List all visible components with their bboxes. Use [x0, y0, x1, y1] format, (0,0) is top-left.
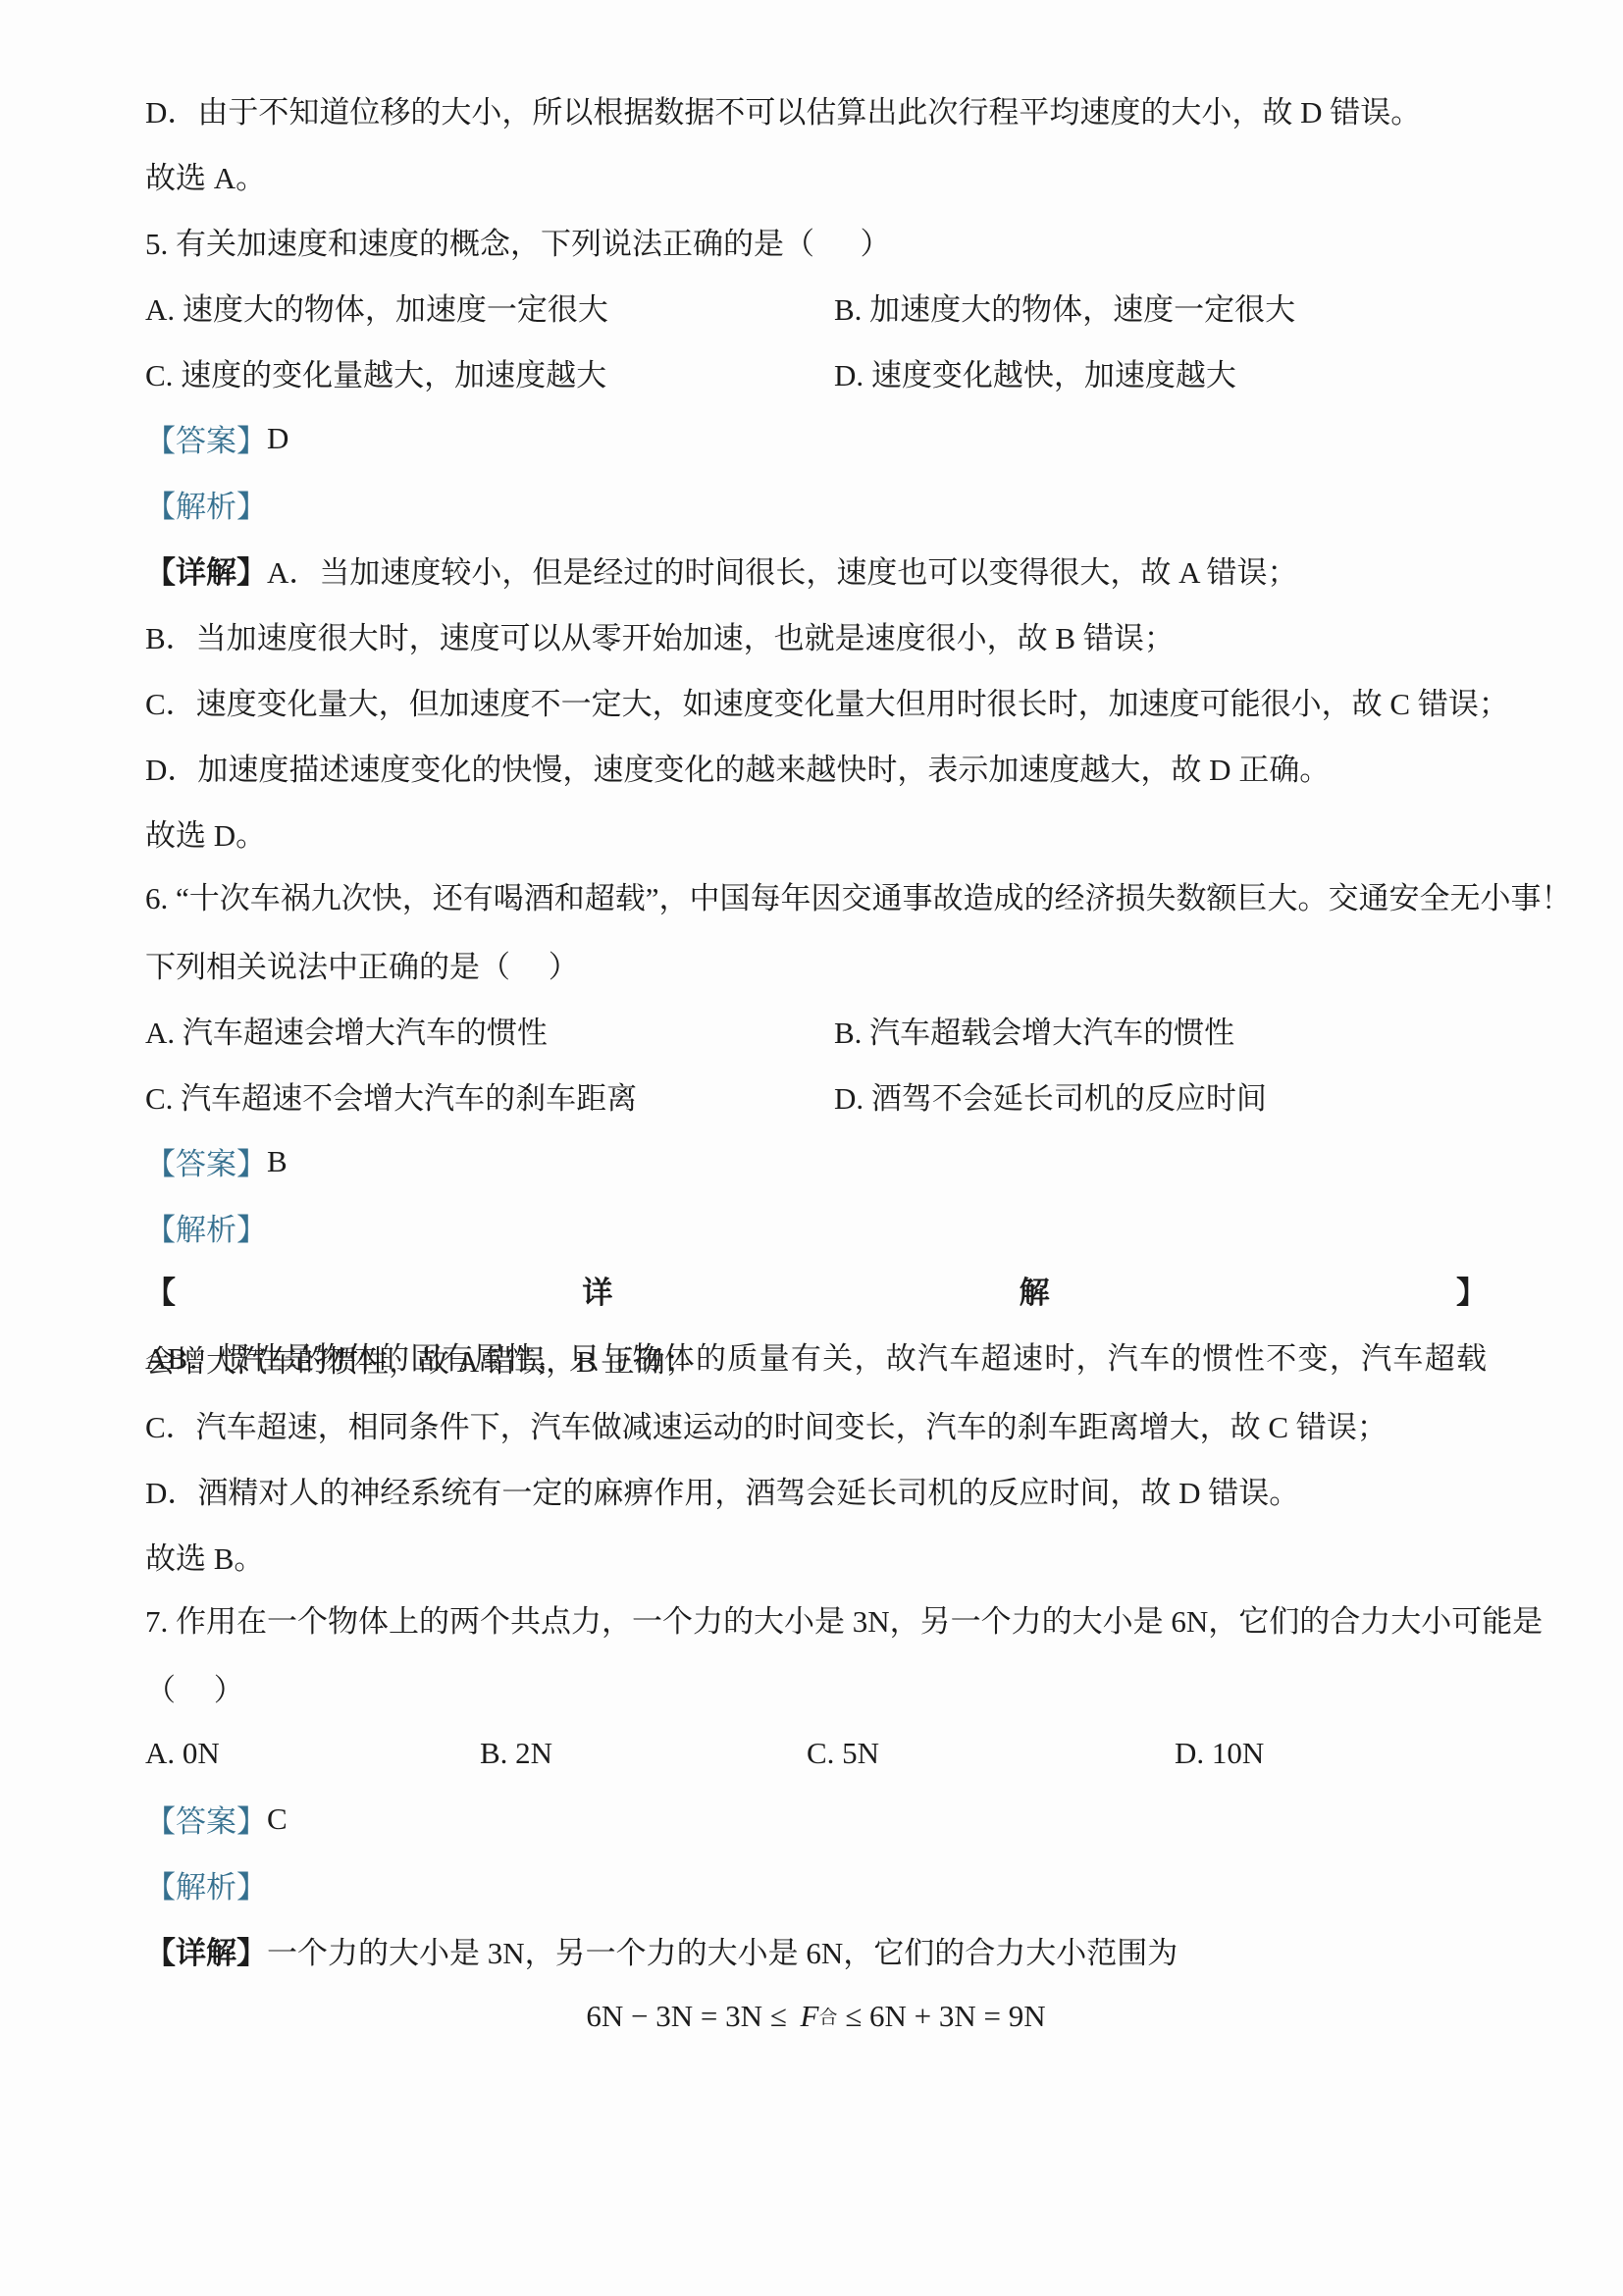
- question-5-detail-c-text: C．速度变化量大，但加速度不一定大，如速度变化量大但用时很长时，加速度可能很小，…: [145, 679, 1509, 723]
- question-7-answer-value: C: [267, 1801, 288, 1837]
- q4-conclusion: 故选 A。: [145, 142, 1487, 208]
- question-7-formula: 6N − 3N = 3N ≤ F合 ≤ 6N + 3N = 9N: [145, 1983, 1487, 2049]
- q4-conclusion-text: 故选 A。: [145, 153, 266, 197]
- question-5-detail-a-text: A．当加速度较小，但是经过的时间很长，速度也可以变得很大，故 A 错误；: [267, 548, 1298, 592]
- analysis-label: 【解析】: [145, 1862, 267, 1906]
- question-5-option-c: C. 速度的变化量越大，加速度越大: [145, 350, 834, 394]
- question-5-conclusion-text: 故选 D。: [145, 810, 266, 855]
- question-7-stem-line-2-text: （ ）: [145, 1665, 244, 1709]
- answer-label: 【答案】: [145, 416, 267, 460]
- question-5-answer-value: D: [267, 421, 288, 456]
- detail-label: 【详解】: [145, 548, 267, 592]
- question-7-detail-text: 一个力的大小是 3N，另一个力的大小是 6N，它们的合力大小范围为: [267, 1928, 1178, 1972]
- formula-force-symbol: F: [795, 1999, 819, 2034]
- question-7-option-b: B. 2N: [480, 1736, 807, 1771]
- question-5-analysis-label: 【解析】: [145, 471, 1487, 537]
- detail-label: 【详解】: [145, 1928, 267, 1972]
- question-6-stem-line-1-text: 6. “十次车祸九次快，还有喝酒和超载”，中国每年因交通事故造成的经济损失数额巨…: [145, 881, 1572, 915]
- question-7-option-c: C. 5N: [807, 1736, 1175, 1771]
- question-6-stem-line-2: 下列相关说法中正确的是（ ）: [145, 931, 1487, 997]
- question-7-option-d: D. 10N: [1175, 1736, 1264, 1771]
- question-5-stem-text: 5. 有关加速度和速度的概念，下列说法正确的是（ ）: [145, 219, 891, 263]
- question-5-detail-d: D．加速度描述速度变化的快慢，速度变化的越来越快时，表示加速度越大，故 D 正确…: [145, 734, 1487, 800]
- question-5-detail-c: C．速度变化量大，但加速度不一定大，如速度变化量大但用时很长时，加速度可能很小，…: [145, 668, 1487, 734]
- question-6-answer-value: B: [267, 1144, 288, 1179]
- question-5-options-row-2: C. 速度的变化量越大，加速度越大 D. 速度变化越快，加速度越大: [145, 339, 1487, 405]
- question-6-stem-line-1: 6. “十次车祸九次快，还有喝酒和超载”，中国每年因交通事故造成的经济损失数额巨…: [145, 865, 1487, 931]
- question-6-option-d: D. 酒驾不会延长司机的反应时间: [834, 1073, 1487, 1118]
- question-6-answer-line: 【答案】B: [145, 1128, 1487, 1194]
- question-6-options-row-2: C. 汽车超速不会增大汽车的刹车距离 D. 酒驾不会延长司机的反应时间: [145, 1063, 1487, 1128]
- question-5-stem: 5. 有关加速度和速度的概念，下列说法正确的是（ ）: [145, 208, 1487, 274]
- formula-left: 6N − 3N = 3N ≤: [586, 1999, 794, 2034]
- analysis-label: 【解析】: [145, 482, 267, 526]
- exam-answer-page: D．由于不知道位移的大小，所以根据数据不可以估算出此次行程平均速度的大小，故 D…: [0, 0, 1623, 2296]
- analysis-label: 【解析】: [145, 1205, 267, 1249]
- question-5-conclusion: 故选 D。: [145, 800, 1487, 865]
- question-6-detail-c: C．汽车超速，相同条件下，汽车做减速运动的时间变长，汽车的刹车距离增大，故 C …: [145, 1391, 1487, 1457]
- question-7-analysis-label: 【解析】: [145, 1852, 1487, 1917]
- question-5-options-row-1: A. 速度大的物体，加速度一定很大 B. 加速度大的物体，速度一定很大: [145, 274, 1487, 339]
- question-5-option-b: B. 加速度大的物体，速度一定很大: [834, 285, 1487, 329]
- question-7-stem-line-1-text: 7. 作用在一个物体上的两个共点力，一个力的大小是 3N，另一个力的大小是 6N…: [145, 1604, 1543, 1639]
- question-7-detail: 【详解】一个力的大小是 3N，另一个力的大小是 6N，它们的合力大小范围为: [145, 1917, 1487, 1983]
- question-5-detail-b: B．当加速度很大时，速度可以从零开始加速，也就是速度很小，故 B 错误；: [145, 602, 1487, 668]
- question-6-option-c: C. 汽车超速不会增大汽车的刹车距离: [145, 1073, 834, 1118]
- formula-force-subscript: 合: [818, 2003, 837, 2029]
- q4-detail-option-d: D．由于不知道位移的大小，所以根据数据不可以估算出此次行程平均速度的大小，故 D…: [145, 77, 1487, 142]
- question-5-detail-d-text: D．加速度描述速度变化的快慢，速度变化的越来越快时，表示加速度越大，故 D 正确…: [145, 745, 1330, 789]
- question-7-options-row: A. 0N B. 2N C. 5N D. 10N: [145, 1720, 1487, 1786]
- answer-label: 【答案】: [145, 1139, 267, 1183]
- question-6-detail-c-text: C．汽车超速，相同条件下，汽车做减速运动的时间变长，汽车的刹车距离增大，故 C …: [145, 1402, 1387, 1446]
- detail-label: 【详解】: [145, 1276, 1487, 1310]
- question-7-stem-line-2: （ ）: [145, 1654, 1487, 1720]
- question-5-detail-a: 【详解】A．当加速度较小，但是经过的时间很长，速度也可以变得很大，故 A 错误；: [145, 537, 1487, 602]
- question-5-option-a: A. 速度大的物体，加速度一定很大: [145, 285, 834, 329]
- question-6-option-a: A. 汽车超速会增大汽车的惯性: [145, 1008, 834, 1052]
- question-5-answer-line: 【答案】D: [145, 405, 1487, 471]
- formula-right: ≤ 6N + 3N = 9N: [837, 1999, 1045, 2034]
- question-6-detail-d-text: D．酒精对人的神经系统有一定的麻痹作用，酒驾会延长司机的反应时间，故 D 错误。: [145, 1468, 1299, 1512]
- question-6-option-b: B. 汽车超载会增大汽车的惯性: [834, 1008, 1487, 1052]
- question-7-answer-line: 【答案】C: [145, 1786, 1487, 1852]
- question-5-detail-b-text: B．当加速度很大时，速度可以从零开始加速，也就是速度很小，故 B 错误；: [145, 613, 1175, 657]
- question-6-detail-ab-line-2-text: 会增大汽车的惯性，故 A 错误，B 正确；: [145, 1336, 696, 1381]
- question-6-detail-d: D．酒精对人的神经系统有一定的麻痹作用，酒驾会延长司机的反应时间，故 D 错误。: [145, 1457, 1487, 1523]
- question-6-conclusion-text: 故选 B。: [145, 1534, 264, 1578]
- question-6-stem-line-2-text: 下列相关说法中正确的是（ ）: [145, 942, 579, 986]
- question-6-analysis-label: 【解析】: [145, 1194, 1487, 1260]
- question-5-option-d: D. 速度变化越快，加速度越大: [834, 350, 1487, 394]
- q4-detail-option-d-text: D．由于不知道位移的大小，所以根据数据不可以估算出此次行程平均速度的大小，故 D…: [145, 87, 1421, 131]
- question-6-detail-ab-line-1: 【详解】AB．惯性是物体的固有属性，只与物体的质量有关，故汽车超速时，汽车的惯性…: [145, 1260, 1487, 1326]
- answer-label: 【答案】: [145, 1797, 267, 1841]
- question-6-options-row-1: A. 汽车超速会增大汽车的惯性 B. 汽车超载会增大汽车的惯性: [145, 997, 1487, 1063]
- question-7-option-a: A. 0N: [145, 1736, 480, 1771]
- question-7-stem-line-1: 7. 作用在一个物体上的两个共点力，一个力的大小是 3N，另一个力的大小是 6N…: [145, 1589, 1487, 1654]
- question-6-conclusion: 故选 B。: [145, 1523, 1487, 1589]
